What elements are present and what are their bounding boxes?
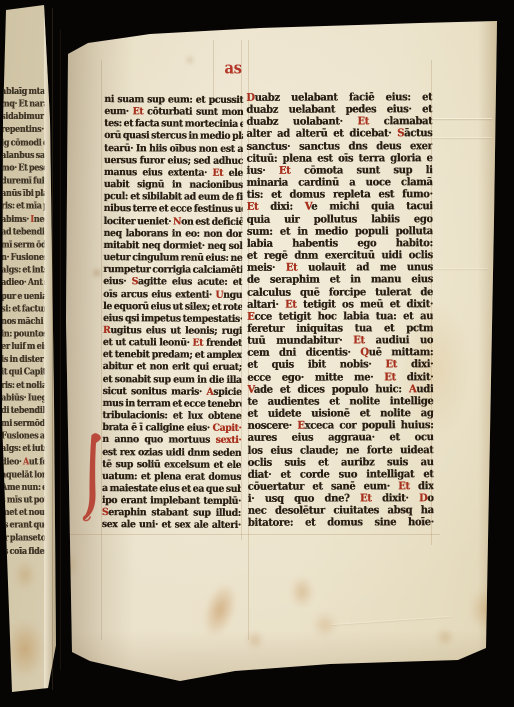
stain <box>470 588 500 630</box>
text-line: alter ad alterū et dicebat· Sāctus <box>246 128 432 142</box>
text-line: nos māchi lom <box>1 314 45 328</box>
text-line: mo· Et pesdiur <box>1 161 45 175</box>
running-title: as <box>218 58 248 78</box>
page-edge-shadow <box>478 20 498 660</box>
text-line: ablaīg mta plor <box>1 84 45 98</box>
text-line: bitatore: et domus sine hoīe· <box>248 517 434 531</box>
text-line: calculus quē forcipe tulerat de <box>247 286 433 300</box>
page-bottom-shadow <box>70 630 490 685</box>
chapter-initial <box>82 432 104 527</box>
text-line: in: pountos e <box>1 327 45 341</box>
text-line: s mīs ut poti <box>1 492 45 506</box>
text-line: mi sermōdia <box>1 416 45 430</box>
text-line: repentins· Et <box>1 122 45 136</box>
stain <box>6 620 44 678</box>
text-line: adieo· Ant sot <box>1 275 45 289</box>
text-line: sex ale uni· et sex ale alteri· <box>102 519 241 533</box>
text-line: ad tebendil im <box>1 224 45 238</box>
text-line: nibus terre et ecce festinus ue <box>104 203 243 217</box>
crease <box>422 137 492 138</box>
text-line: īs coīa fides <box>1 544 45 558</box>
text-line: et quis ibit nobis· Et dixi· <box>247 359 433 373</box>
manuscript-photo: ablaīg mta plormq· Et narariasidabimur u… <box>0 0 514 707</box>
crease <box>428 118 492 119</box>
text-line: Et dixi: Ve michi quia tacui <box>247 201 433 215</box>
previous-leaf-text: ablaīg mta plormq· Et narariasidabimur u… <box>1 84 45 559</box>
stain <box>246 630 264 650</box>
text-line: it qui Capite <box>1 365 45 379</box>
stain <box>290 576 314 608</box>
stain <box>312 612 338 638</box>
stain <box>58 552 78 578</box>
text-line: pur e ueniat <box>1 288 45 302</box>
text-line: n· Fusiones aup <box>1 250 45 264</box>
text-line: alanbus sanctoh <box>1 148 45 162</box>
text-column-right: Duabz uelabant faciē eius: etduabz uelab… <box>246 92 434 536</box>
text-line: eius· Sagitte eius acute: et <box>103 276 242 290</box>
text-line: ris: et nolia <box>1 378 45 392</box>
leaf-fore-edge <box>44 4 56 690</box>
ruling-line <box>213 40 214 98</box>
text-line: mī serm ōdia <box>1 237 45 251</box>
text-line: ris: et mīa pso <box>1 199 45 213</box>
text-line: ig cōmodi erua <box>1 135 45 149</box>
crease <box>330 616 450 625</box>
text-line: de seraphim et in manu eius <box>247 274 433 288</box>
text-line: tr plansetos <box>1 531 45 545</box>
stain <box>14 560 36 590</box>
gutter-fold <box>60 30 61 670</box>
text-line: aures eius aggraua· et ocu <box>247 432 433 446</box>
text-line: si: et factum <box>1 301 45 315</box>
text-line: Ame nun: et <box>1 480 45 494</box>
text-line: duremī fuit: et <box>1 173 45 187</box>
text-line: quia uir pollutus labiis ego <box>247 213 433 227</box>
stain <box>92 268 102 278</box>
text-column-left: ni suam sup eum: et pcussiteum· Et cōtur… <box>102 94 244 536</box>
text-line: abims· Inegn <box>1 212 45 226</box>
text-line: abitur et non erit qui eruat; <box>103 361 242 375</box>
text-line: aquelāt longa <box>1 467 45 481</box>
text-line: los eius claude; ne forte uideat <box>247 444 433 458</box>
manuscript-page: as ımı ni suam sup eum: et pcussiteum· E… <box>0 0 514 707</box>
stain <box>186 56 194 64</box>
text-line: di tebendil uu <box>1 403 45 417</box>
stain <box>436 628 454 646</box>
text-line: algs: et iutsi <box>1 441 45 455</box>
text-line: n anno quo mortuus sexti· <box>102 434 241 448</box>
text-line: abiūs· Iuegn <box>1 390 45 404</box>
text-line: ecce ego· mitte me· Et dixit· <box>247 371 433 385</box>
text-line: dieo· Aut for <box>1 454 45 468</box>
gutter-fold <box>52 8 53 690</box>
